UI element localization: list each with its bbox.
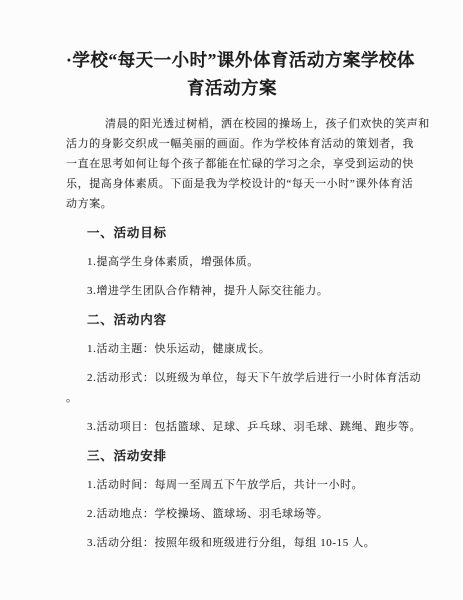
section-heading: 二、活动内容 [66,310,398,330]
title-line: 育活动方案 [66,74,398,102]
item-line: 1.活动时间：每周一至周五下午放学后，共计一小时。 [66,475,398,495]
item-line: 3.活动项目：包括篮球、足球、乒乓球、羽毛球、跳绳、跑步等。 [66,417,398,437]
list-item: 1.活动时间：每周一至周五下午放学后，共计一小时。 [66,475,398,495]
document-content: ·学校“每天一小时”课外体育活动方案学校体 育活动方案 清晨的阳光透过树梢，洒在… [66,46,398,553]
list-item: 3.活动分组：按照年级和班级进行分组，每组 10-15 人。 [66,533,398,553]
item-line: 2.活动形式：以班级为单位，每天下午放学后进行一小时体育活动 [66,368,398,388]
item-line: 1.提高学生身体素质，增强体质。 [66,252,398,272]
paragraph-line: 乐，提高身体素质。下面是我为学校设计的“每天一小时”课外体育活 [66,174,398,194]
section-content: 二、活动内容 1.活动主题：快乐运动，健康成长。 2.活动形式：以班级为单位，每… [66,310,398,437]
item-line: 2.活动地点：学校操场、篮球场、羽毛球场等。 [66,504,398,524]
item-line: 1.活动主题：快乐运动，健康成长。 [66,339,398,359]
section-schedule: 三、活动安排 1.活动时间：每周一至周五下午放学后，共计一小时。 2.活动地点：… [66,446,398,553]
list-item: 1.活动主题：快乐运动，健康成长。 [66,339,398,359]
list-item: 3.活动项目：包括篮球、足球、乒乓球、羽毛球、跳绳、跑步等。 [66,417,398,437]
section-heading: 三、活动安排 [66,446,398,466]
paragraph-line: 清晨的阳光透过树梢，洒在校园的操场上，孩子们欢快的笑声和 [66,114,398,134]
list-item: 2.活动形式：以班级为单位，每天下午放学后进行一小时体育活动 。 [66,368,398,408]
item-line: 3.增进学生团队合作精神，提升人际交往能力。 [66,281,398,301]
list-item: 1.提高学生身体素质，增强体质。 [66,252,398,272]
paragraph-line: 一直在思考如何让每个孩子都能在忙碌的学习之余，享受到运动的快 [66,154,398,174]
paragraph-line: 活力的身影交织成一幅美丽的画面。作为学校体育活动的策划者，我 [66,134,398,154]
item-line: 。 [66,388,398,408]
item-line: 3.活动分组：按照年级和班级进行分组，每组 10-15 人。 [66,533,398,553]
paragraph-line: 动方案。 [66,194,398,214]
intro-paragraph: 清晨的阳光透过树梢，洒在校园的操场上，孩子们欢快的笑声和 活力的身影交织成一幅美… [66,114,398,214]
title-line: ·学校“每天一小时”课外体育活动方案学校体 [66,46,398,74]
list-item: 3.增进学生团队合作精神，提升人际交往能力。 [66,281,398,301]
document-title: ·学校“每天一小时”课外体育活动方案学校体 育活动方案 [66,46,398,102]
section-heading: 一、活动目标 [66,223,398,243]
section-goals: 一、活动目标 1.提高学生身体素质，增强体质。 3.增进学生团队合作精神，提升人… [66,223,398,301]
list-item: 2.活动地点：学校操场、篮球场、羽毛球场等。 [66,504,398,524]
document-page: ·学校“每天一小时”课外体育活动方案学校体 育活动方案 清晨的阳光透过树梢，洒在… [0,0,463,600]
